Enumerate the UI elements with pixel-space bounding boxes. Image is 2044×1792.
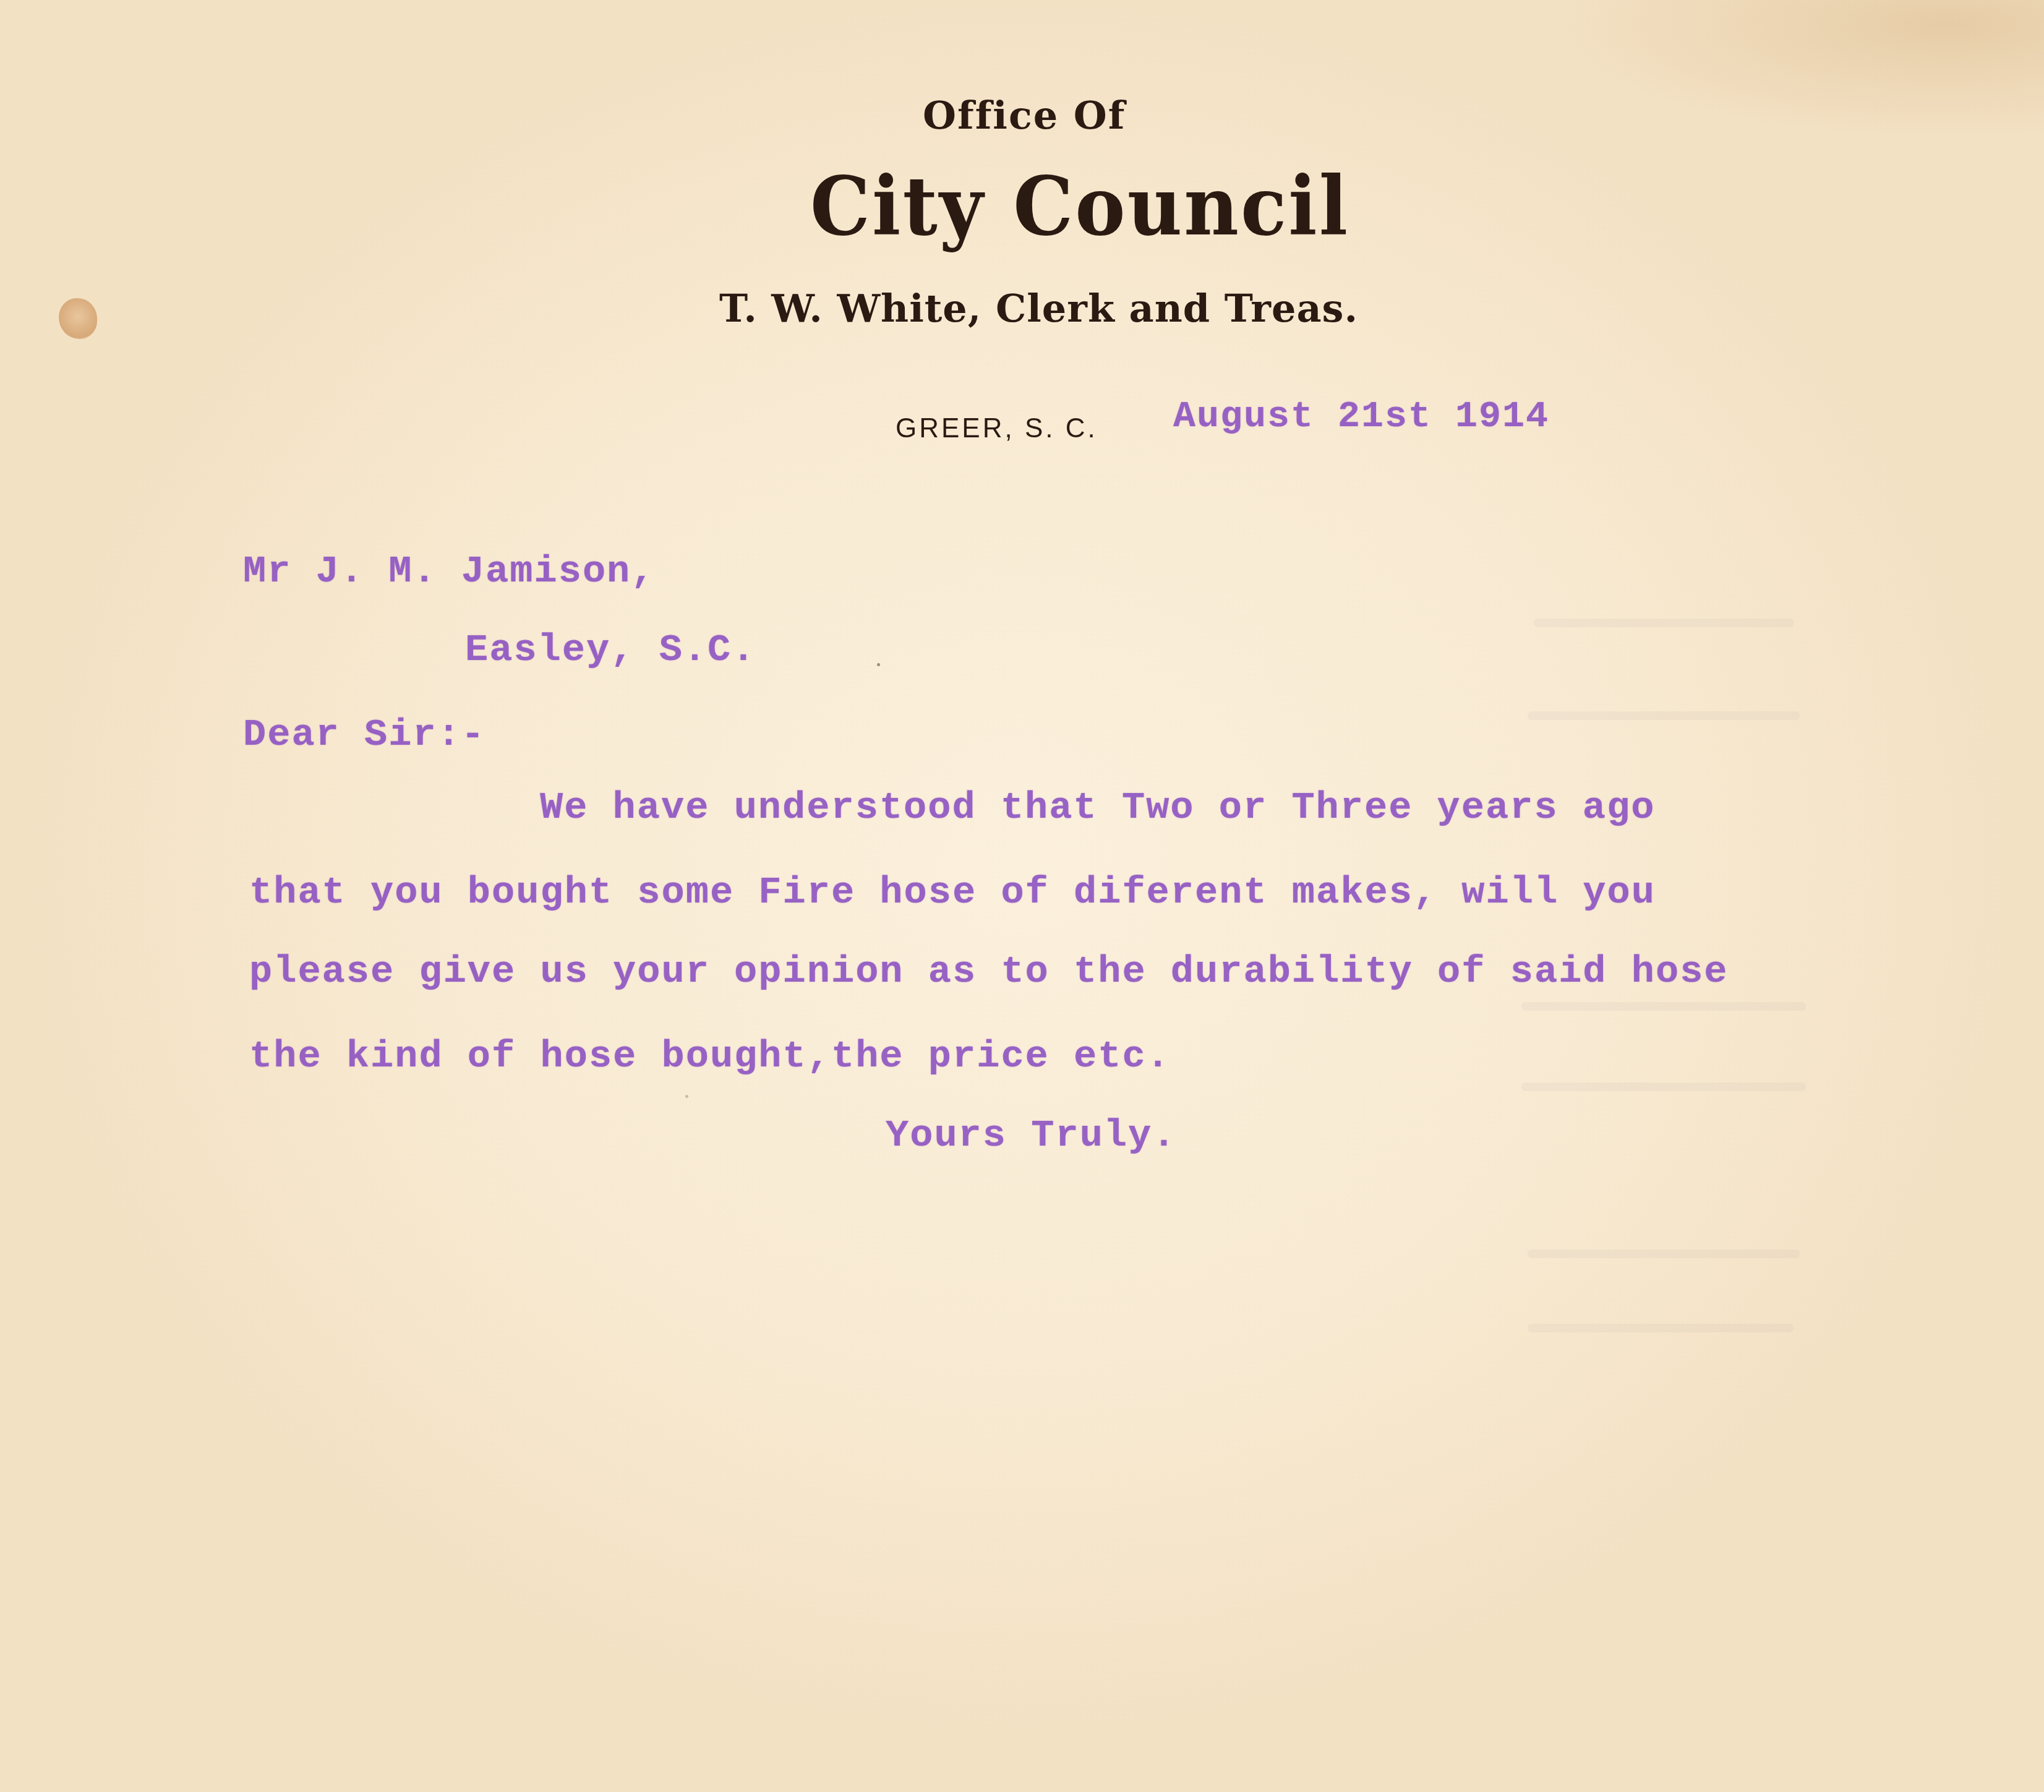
body-line: We have understood that Two or Three yea… [540, 786, 1655, 830]
closing: Yours Truly. [886, 1113, 1176, 1157]
bleed-through-mark [1528, 1324, 1794, 1332]
recipient-name: Mr J. M. Jamison, [243, 549, 656, 593]
body-line: that you bought some Fire hose of difere… [249, 870, 1656, 914]
letterhead-title: City Council [810, 158, 1349, 254]
body-line: the kind of hose bought,the price etc. [249, 1034, 1171, 1078]
letterhead-clerk: T. W. White, Clerk and Treas. [719, 286, 1358, 331]
paper-stain [59, 298, 97, 339]
bleed-through-mark [1521, 1002, 1806, 1011]
salutation: Dear Sir:- [243, 713, 485, 757]
bleed-through-mark [1528, 711, 1800, 720]
bleed-through-mark [1528, 1250, 1800, 1258]
letterhead-office-of: Office Of [923, 93, 1126, 138]
paper-speck [877, 663, 880, 666]
letter-page: Office Of City Council T. W. White, Cler… [0, 0, 2044, 1792]
recipient-location: Easley, S.C. [465, 628, 756, 672]
body-line: please give us your opinion as to the du… [249, 950, 1729, 993]
paper-speck [685, 1095, 688, 1098]
letterhead-place: GREER, S. C. [896, 413, 1098, 444]
bleed-through-mark [1521, 1082, 1806, 1091]
letter-date: August 21st 1914 [1173, 396, 1549, 438]
bleed-through-mark [1534, 619, 1794, 627]
